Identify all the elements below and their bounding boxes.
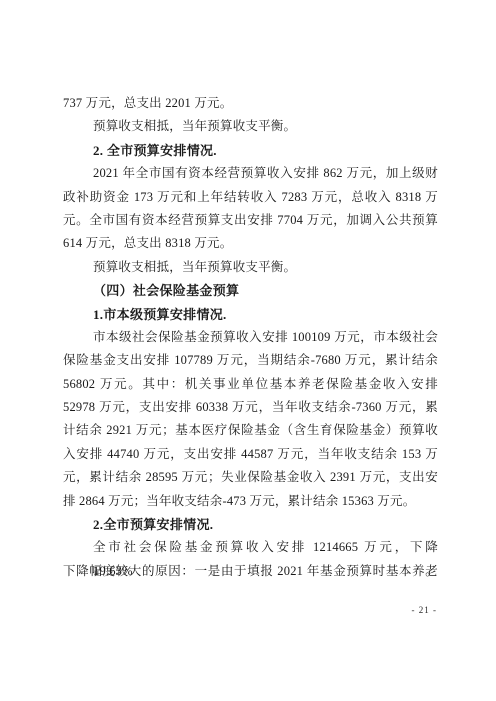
text-line: 政补助资金 173 万元和上年结转收入 7283 万元，总收入 8318 万 <box>63 186 438 209</box>
text-line: 元。全市国有资本经营预算支出安排 7704 万元，加调入公共预算 <box>63 209 438 232</box>
text-line: 计结余 2921 万元；基本医疗保险基金（含生育保险基金）预算收 <box>63 419 438 442</box>
text-line: 入安排 44740 万元，支出安排 44587 万元，当年收支结余 153 万 <box>63 443 438 466</box>
document-page: 737 万元，总支出 2201 万元。 预算收支相抵，当年预算收支平衡。 2. … <box>0 0 496 701</box>
page-number: - 21 - <box>412 603 438 617</box>
section-heading: 2. 全市预算安排情况. <box>63 139 438 162</box>
text-line: 全市社会保险基金预算收入安排 1214665 万元，下降 19.63%。 <box>63 536 438 559</box>
text-line: 排 2864 万元；当年收支结余-473 万元，累计结余 15363 万元。 <box>63 490 438 513</box>
text-line: 预算收支相抵，当年预算收支平衡。 <box>63 115 438 138</box>
text-line: 56802 万元。其中：机关事业单位基本养老保险基金收入安排 <box>63 373 438 396</box>
section-heading: （四）社会保险基金预算 <box>63 279 438 302</box>
text-line: 737 万元，总支出 2201 万元。 <box>63 92 438 115</box>
text-line: 元，累计结余 28595 万元；失业保险基金收入 2391 万元，支出安 <box>63 466 438 489</box>
text-block: 737 万元，总支出 2201 万元。 预算收支相抵，当年预算收支平衡。 2. … <box>63 92 438 583</box>
text-line: 52978 万元，支出安排 60338 万元，当年收支结余-7360 万元，累 <box>63 396 438 419</box>
section-heading: 2.全市预算安排情况. <box>63 513 438 536</box>
text-line: 市本级社会保险基金预算收入安排 100109 万元，市本级社会 <box>63 326 438 349</box>
text-line: 2021 年全市国有资本经营预算收入安排 862 万元，加上级财 <box>63 162 438 185</box>
text-line: 预算收支相抵，当年预算收支平衡。 <box>63 256 438 279</box>
text-line: 下降幅度较大的原因：一是由于填报 2021 年基金预算时基本养老 <box>63 560 438 583</box>
text-line: 保险基金支出安排 107789 万元，当期结余-7680 万元，累计结余 <box>63 349 438 372</box>
section-heading: 1.市本级预算安排情况. <box>63 303 438 326</box>
text-line: 614 万元，总支出 8318 万元。 <box>63 232 438 255</box>
